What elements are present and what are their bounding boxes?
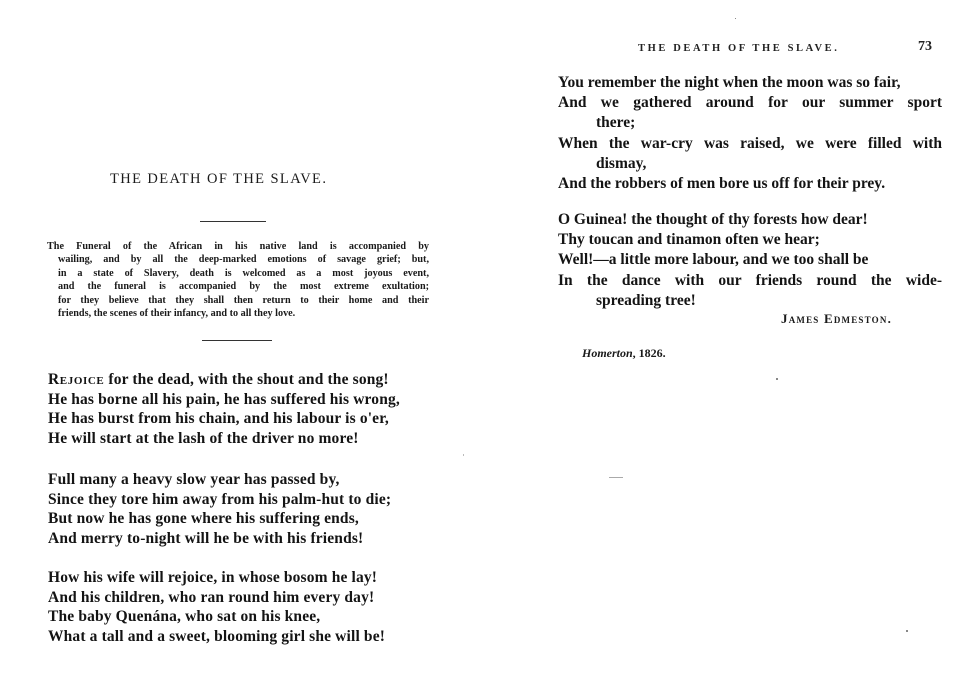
poem-title: THE DEATH OF THE SLAVE. bbox=[110, 171, 360, 188]
stanza-2: Full many a heavy slow year has passed b… bbox=[48, 470, 391, 548]
scan-speck bbox=[735, 18, 736, 19]
verse-line: And we gathered around for our summer sp… bbox=[558, 93, 942, 113]
epigraph-line: friends, the scenes of their infancy, an… bbox=[47, 307, 429, 320]
author-signature: James Edmeston. bbox=[781, 311, 892, 327]
drop-word: Rejoice bbox=[48, 371, 104, 388]
verse-line: Thy toucan and tinamon often we hear; bbox=[558, 230, 942, 250]
verse-line: And merry to-night will he be with his f… bbox=[48, 529, 391, 549]
epigraph-line: and the funeral is accompanied by the mo… bbox=[47, 280, 429, 293]
scan-speck bbox=[463, 454, 464, 456]
verse-line: What a tall and a sweet, blooming girl s… bbox=[48, 627, 385, 647]
verse-line: Well!—a little more labour, and we too s… bbox=[558, 250, 942, 270]
place-date: Homerton, 1826. bbox=[582, 346, 666, 361]
verse-line: O Guinea! the thought of thy forests how… bbox=[558, 210, 942, 230]
verse-line: Since they tore him away from his palm-h… bbox=[48, 490, 391, 510]
year: , 1826. bbox=[633, 346, 666, 360]
running-head: THE DEATH OF THE SLAVE. bbox=[638, 43, 840, 54]
epigraph-line: for they believe that they shall then re… bbox=[47, 294, 429, 307]
verse-line-continuation: spreading tree! bbox=[558, 291, 942, 311]
verse-line: He will start at the lash of the driver … bbox=[48, 429, 400, 449]
verse-line: He has burst from his chain, and his lab… bbox=[48, 409, 400, 429]
verse-line-text: for the dead, with the shout and the son… bbox=[104, 371, 388, 388]
verse-line: How his wife will rejoice, in whose boso… bbox=[48, 568, 385, 588]
place-name: Homerton bbox=[582, 346, 633, 360]
verse-line: The baby Quenána, who sat on his knee, bbox=[48, 607, 385, 627]
stanza-5: O Guinea! the thought of thy forests how… bbox=[558, 210, 942, 311]
verse-line: You remember the night when the moon was… bbox=[558, 73, 942, 93]
verse-line: And his children, who ran round him ever… bbox=[48, 588, 385, 608]
scan-dash-mark bbox=[609, 477, 623, 478]
scan-speck bbox=[776, 378, 778, 380]
epigraph: The Funeral of the African in his native… bbox=[47, 240, 429, 320]
epigraph-line: wailing, and by all the deep-marked emot… bbox=[47, 253, 429, 266]
stanza-1: Rejoice for the dead, with the shout and… bbox=[48, 370, 400, 448]
verse-line-continuation: there; bbox=[558, 113, 942, 133]
verse-line: He has borne all his pain, he has suffer… bbox=[48, 390, 400, 410]
verse-line: But now he has gone where his suffering … bbox=[48, 509, 391, 529]
verse-line: Full many a heavy slow year has passed b… bbox=[48, 470, 391, 490]
stanza-4: You remember the night when the moon was… bbox=[558, 73, 942, 194]
verse-line: Rejoice for the dead, with the shout and… bbox=[48, 370, 400, 390]
left-page: THE DEATH OF THE SLAVE. The Funeral of t… bbox=[0, 0, 490, 684]
verse-line: In the dance with our friends round the … bbox=[558, 271, 942, 291]
divider-rule bbox=[202, 340, 272, 341]
page-number: 73 bbox=[918, 39, 932, 55]
right-page: THE DEATH OF THE SLAVE. 73 You remember … bbox=[490, 0, 980, 684]
epigraph-line: in a state of Slavery, death is welcomed… bbox=[47, 267, 429, 280]
verse-line: And the robbers of men bore us off for t… bbox=[558, 174, 942, 194]
stanza-3: How his wife will rejoice, in whose boso… bbox=[48, 568, 385, 646]
divider-rule bbox=[200, 221, 266, 222]
verse-line: When the war-cry was raised, we were fil… bbox=[558, 134, 942, 154]
scan-speck bbox=[906, 630, 908, 632]
epigraph-line: The Funeral of the African in his native… bbox=[47, 240, 429, 253]
verse-line-continuation: dismay, bbox=[558, 154, 942, 174]
